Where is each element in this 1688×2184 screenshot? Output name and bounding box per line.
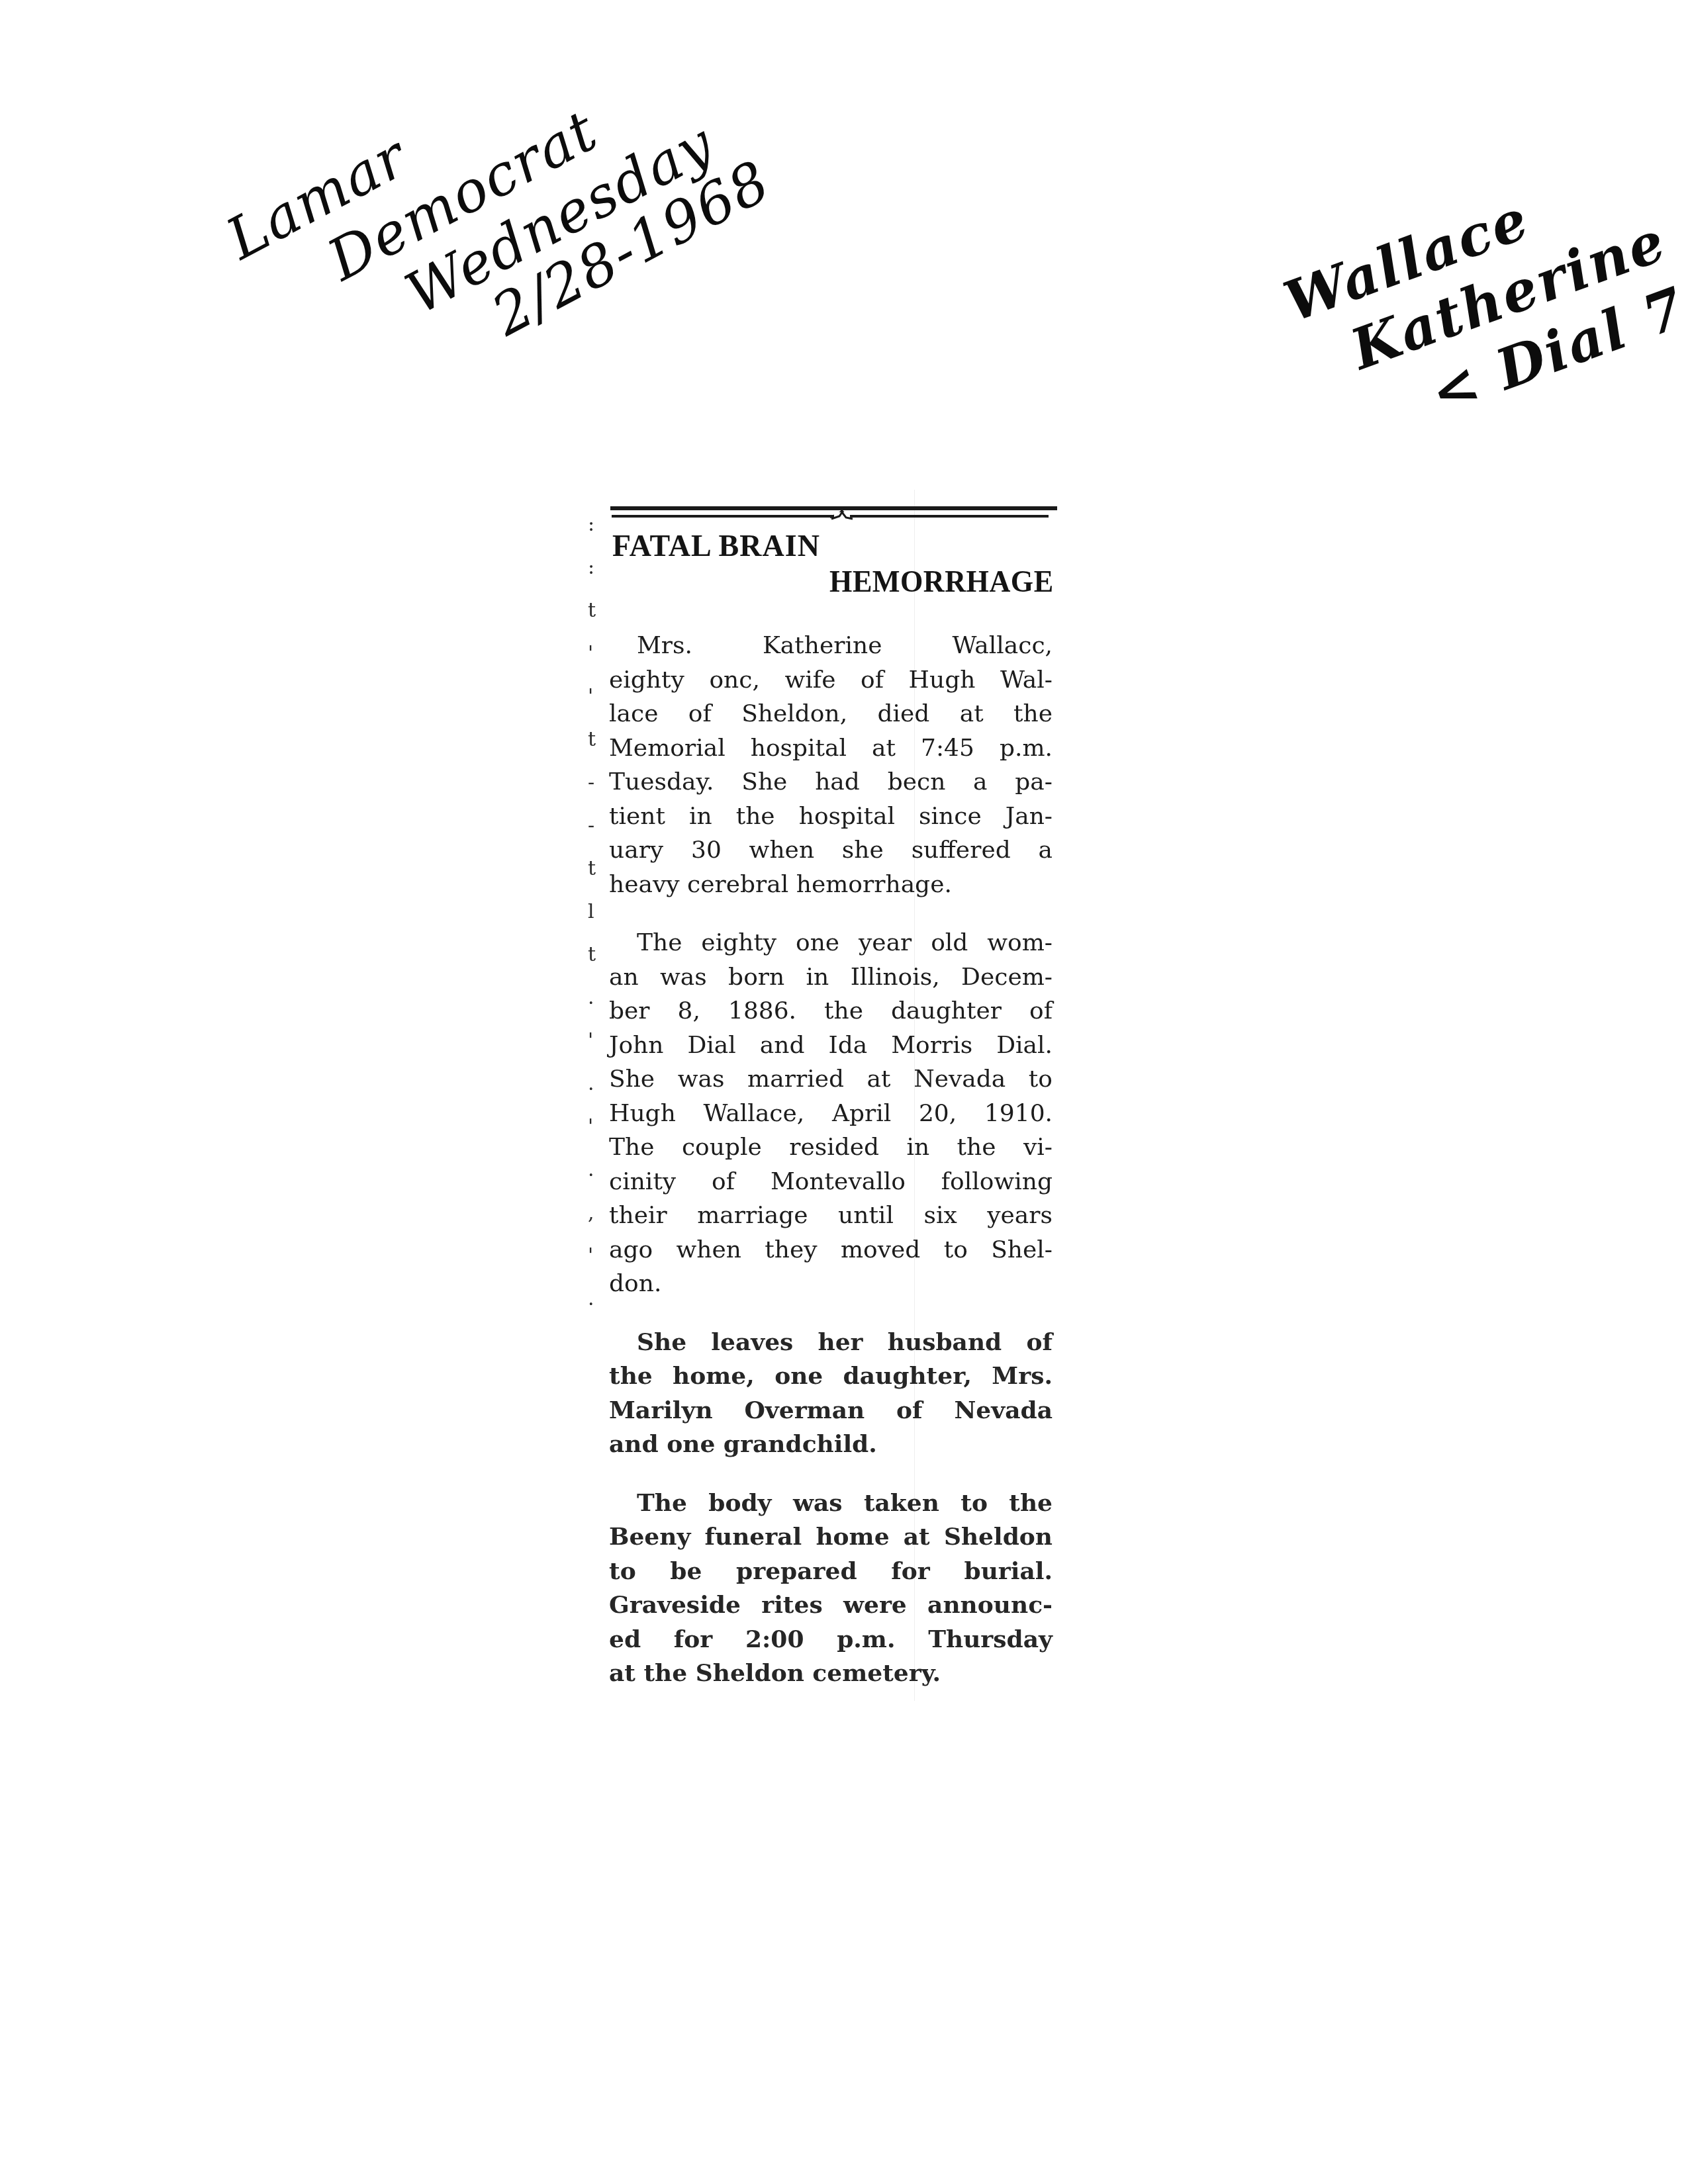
margin-fragment: t — [588, 943, 596, 966]
article-line: Beeny funeral home at Sheldon — [609, 1520, 1053, 1555]
article-line: The eighty one year old wom- — [609, 926, 1053, 960]
article-paragraph: The body was taken to theBeeny funeral h… — [609, 1486, 1053, 1691]
headline-line-2: HEMORRHAGE — [830, 564, 1054, 599]
article-line: heavy cerebral hemorrhage. — [609, 868, 1053, 902]
article-line: John Dial and Ida Morris Dial. — [609, 1028, 1053, 1063]
article-line: tient in the hospital since Jan- — [609, 799, 1053, 834]
article-line: Graveside rites were announc- — [609, 1588, 1053, 1623]
article-line: Hugh Wallace, April 20, 1910. — [609, 1097, 1053, 1131]
article-line: Memorial hospital at 7:45 p.m. — [609, 731, 1053, 766]
article-line: Marilyn Overman of Nevada — [609, 1394, 1053, 1428]
handwritten-name-note: Wallace Katherine < Dial 7 — [1278, 150, 1688, 459]
margin-fragment: - — [588, 814, 594, 837]
article-paragraph: She leaves her husband ofthe home, one d… — [609, 1326, 1053, 1462]
article-line: Tuesday. She had becn a pa- — [609, 765, 1053, 799]
article-line: ber 8, 1886. the daughter of — [609, 994, 1053, 1028]
margin-fragment: l — [588, 900, 594, 923]
article-line: ago when they moved to Shel- — [609, 1233, 1053, 1267]
margin-fragment: ' — [588, 1115, 593, 1138]
article-line: Mrs. Katherine Wallacc, — [609, 629, 1053, 663]
article-line: and one grandchild. — [609, 1428, 1053, 1462]
rule-ornament-icon — [829, 503, 855, 523]
headline-line-1: FATAL BRAIN — [612, 528, 820, 563]
article-line: at the Sheldon cemetery. — [609, 1657, 1053, 1691]
article-line: ed for 2:00 p.m. Thursday — [609, 1623, 1053, 1657]
margin-fragment: . — [588, 1287, 594, 1310]
margin-fragment: ' — [588, 642, 593, 665]
margin-fragment: t — [588, 599, 596, 622]
article-line: eighty onc, wife of Hugh Wal- — [609, 663, 1053, 698]
article-line: The body was taken to the — [609, 1486, 1053, 1521]
article-line: an was born in Illinois, Decem- — [609, 960, 1053, 995]
article-line: lace of Sheldon, died at the — [609, 697, 1053, 731]
article-line: to be prepared for burial. — [609, 1555, 1053, 1589]
margin-fragment: . — [588, 986, 594, 1009]
article-paragraph: The eighty one year old wom-an was born … — [609, 926, 1053, 1301]
article-line: cinity of Montevallo following — [609, 1165, 1053, 1199]
clipped-adjacent-column-fragments: ::t''t--tlt.'.'.,'. — [588, 513, 601, 1327]
article-line: She leaves her husband of — [609, 1326, 1053, 1360]
margin-fragment: ' — [588, 1244, 593, 1267]
article-body: Mrs. Katherine Wallacc,eighty onc, wife … — [609, 629, 1053, 1715]
margin-fragment: : — [588, 513, 594, 536]
handwritten-source-note: Lamar Democrat Wednesday 2/28-1968 — [218, 0, 779, 438]
margin-fragment: : — [588, 556, 594, 579]
margin-fragment: - — [588, 771, 594, 794]
margin-fragment: ' — [588, 1029, 593, 1052]
margin-fragment: t — [588, 857, 596, 880]
article-line: uary 30 when she suffered a — [609, 833, 1053, 868]
margin-fragment: . — [588, 1072, 594, 1095]
margin-fragment: . — [588, 1158, 594, 1181]
article-line: the home, one daughter, Mrs. — [609, 1359, 1053, 1394]
article-line: don. — [609, 1267, 1053, 1301]
article-paragraph: Mrs. Katherine Wallacc,eighty onc, wife … — [609, 629, 1053, 901]
article-line: She was married at Nevada to — [609, 1062, 1053, 1097]
margin-fragment: ' — [588, 685, 593, 708]
article-line: their marriage until six years — [609, 1199, 1053, 1233]
article-line: The couple resided in the vi- — [609, 1130, 1053, 1165]
newspaper-clipping: ::t''t--tlt.'.'.,'. FATAL BRAIN HEMORRHA… — [596, 500, 1059, 1684]
margin-fragment: t — [588, 728, 596, 751]
margin-fragment: , — [588, 1201, 594, 1224]
